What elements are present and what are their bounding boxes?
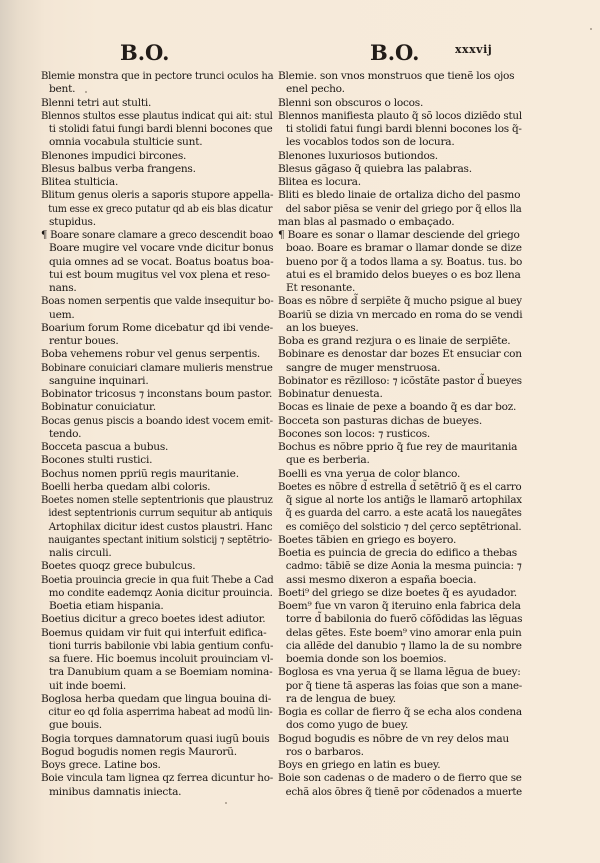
text-line: assi mesmo dixeron a españa boecia. [278,574,522,587]
text-line: Boarium forum Rome dicebatur qd ibi vend… [41,322,272,335]
text-line: Bochus es nõbre pprio q̃ fue rey de maur… [278,441,522,454]
text-line: mo condite eademqz Aonia dicitur prouinc… [41,587,266,600]
text-line: Blenones impudici bircones. [41,150,273,163]
text-line: omnia vocabula stulticie sunt. [41,136,273,149]
text-line: Boys grece. Latine bos. [41,759,273,772]
text-line: ra de lengua de buey. [278,693,522,706]
text-line: echã alos õbres q̃ tienẽ por cõdenados a… [278,786,512,799]
text-line: Artophilax dicitur idest custos plaustri… [41,521,266,534]
text-line: Bocones stulti rustici. [41,454,273,467]
text-line: bueno por q̃ a todos llama a sy. Boatus.… [278,256,520,269]
text-line: Boetes tãbien en griego es boyero. [278,534,522,547]
text-line: Blenni son obscuros o locos. [278,97,522,110]
text-line: Boetes nomen stelle septentrionis que pl… [41,494,258,507]
text-line: uem. [41,309,273,322]
text-line: tum esse ex greco putatur qd ab eis blas… [41,203,250,216]
ink-speck [225,802,227,804]
text-line: sanguine inquinari. [41,375,273,388]
text-line: nalis circuli. [41,547,273,560]
text-line: rentur boues. [41,335,273,348]
text-line: delas gẽtes. Este boem⁹ vino amorar enla… [278,627,519,640]
text-line: Bocones son locos: ⁊ rusticos. [278,428,522,441]
text-line: nans. [41,282,273,295]
text-line: ti stolidi fatui fungi bardi blenni boco… [41,123,266,136]
text-line: Bogud bogudis es nõbre de vn rey delos m… [278,733,522,746]
ink-speck [85,91,87,93]
text-line: atui es el bramido delos bueyes o es boz… [278,269,522,282]
text-line: Bocceta son pasturas dichas de bueyes. [278,415,522,428]
text-line: q̃ sigue al norte los antig̃s le llamarõ… [278,494,516,507]
text-line: bent. [41,83,273,96]
text-line: ros o barbaros. [278,746,522,759]
text-line: les vocablos todos son de locura. [278,136,522,149]
text-line: Boie son cadenas o de madero o de fierro… [278,772,516,785]
text-line: Boglosa es vna yerua q̃ se llama lẽgua d… [278,666,522,679]
text-line: nauigantes spectant initium solsticij ⁊ … [41,534,252,547]
text-line: Boglosa herba quedam que lingua bouina d… [41,693,273,706]
text-line: Boie vincula tam lignea qz ferrea dicunt… [41,772,269,785]
text-line: Blemie monstra que in pectore trunci ocu… [41,70,262,83]
text-line: Bocceta pascua a bubus. [41,441,273,454]
text-line: Boem⁹ fue vn varon q̃ iteruino enla fabr… [278,600,522,613]
text-line: Boba vehemens robur vel genus serpentis. [41,348,273,361]
text-line: Boetes es nõbre d̃ estrella d̃ setẽtriõ … [278,481,513,494]
text-line: enel pecho. [278,83,522,96]
text-line: que es berberia. [278,454,522,467]
ink-speck [590,28,592,30]
text-line: Bogud bogudis nomen regis Maurorũ. [41,746,273,759]
text-line: gue bouis. [41,719,273,732]
text-line: cia allẽde del danubio ⁊ llamo la de su … [278,640,520,653]
text-line: Boetia etiam hispania. [41,600,273,613]
text-line: dos como yugo de buey. [278,719,522,732]
text-line: Blitea es locura. [278,176,522,189]
text-line: Boare mugire vel vocare vnde dicitur bon… [41,242,272,255]
text-line: Boemus quidam vir fuit qui interfuit edi… [41,627,273,640]
text-line: Boelli herba quedam albi coloris. [41,481,273,494]
text-line: Blemie. son vnos monstruos que tienẽ los… [278,70,522,83]
text-line: citur eo qd folia asperrima habeat ad mo… [41,706,256,719]
text-line: quia omnes ad se vocat. Boatus boatus bo… [41,256,273,269]
text-line: Bogia es collar de fierro q̃ se echa alo… [278,706,521,719]
text-line: del sabor piẽsa se venir del griego por … [278,203,509,216]
text-line: stupidus. [41,216,273,229]
text-line: Boelli es vna yerua de color blanco. [278,468,522,481]
scanned-book-page: B.O. B.O. xxxvij Blemie monstra que in p… [0,0,600,863]
text-line: torre d̃ babilonia do fuerõ cõfõdidas la… [278,613,520,626]
text-line: Blenni tetri aut stulti. [41,97,273,110]
text-line: Bogia torques damnatorum quasi iugũ boui… [41,733,273,746]
text-line: Bocas genus piscis a boando idest vocem … [41,415,264,428]
text-line: sa fuere. Hic boemus incoluit prouinciam… [41,653,270,666]
latin-column: Blemie monstra que in pectore trunci ocu… [41,70,273,799]
text-line: Boas es nõbre d̃ serpiẽte q̃ mucho psigu… [278,295,514,308]
text-line: Bobinator tricosus ⁊ inconstans boum pas… [41,388,273,401]
text-line: Bochus nomen ppriũ regis mauritanie. [41,468,273,481]
text-line: Boys en griego en latin es buey. [278,759,522,772]
text-line: Boba es grand rezjura o es linaie de ser… [278,335,522,348]
text-line: q̃ es guarda del carro. a este acatã los… [278,507,507,520]
text-line: Boetia prouincia grecie in qua fuit Theb… [41,574,263,587]
text-line: Blesus balbus verba frangens. [41,163,273,176]
text-line: minibus damnatis iniecta. [41,786,273,799]
text-line: ¶ Boare sonare clamare a greco descendit… [41,229,261,242]
text-line: por q̃ tiene tã asperas las foias que so… [278,680,514,693]
text-line: an los bueyes. [278,322,522,335]
text-line: Bobinatur denuesta. [278,388,522,401]
text-line: Bobinare conuiciari clamare mulieris men… [41,362,263,375]
text-line: tra Danubium quam a se Boemiam nomina- [41,666,273,679]
text-line: boemia donde son los boemios. [278,653,522,666]
text-line: Boas nomen serpentis que valde insequitu… [41,295,264,308]
text-line: Boeti⁹ del griego se dize boetes q̃ es a… [278,587,522,600]
text-line: Blennos stultos esse plautus indicat qui… [41,110,261,123]
text-line: tioni turris babilonie vbi labia gentium… [41,640,265,653]
left-running-head: B.O. [120,40,169,65]
text-line: Boetius dicitur a greco boetes idest adi… [41,613,273,626]
text-line: Blenones luxuriosos butiondos. [278,150,522,163]
text-line: tendo. [41,428,273,441]
text-line: Bobinator es rẽzilloso: ⁊ icõstãte pasto… [278,375,515,388]
text-line: Boetes quoqz grece bubulcus. [41,560,273,573]
text-line: Bobinare es denostar dar bozes Et ensuci… [278,348,520,361]
text-line: Blitum genus oleris a saporis stupore ap… [41,189,270,202]
text-line: man blas al pasmado o embaçado. [278,216,522,229]
text-line: ¶ Boare es sonar o llamar desciende del … [278,229,522,242]
text-line: Bliti es bledo linaie de ortaliza dicho … [278,189,522,202]
text-line: sangre de muger menstruosa. [278,362,522,375]
folio-number: xxxvij [455,43,492,56]
text-line: cadmo: tãbiẽ se dize Aonia la mesma puin… [278,560,516,573]
right-running-head: B.O. [370,40,419,65]
text-line: uit inde boemi. [41,680,273,693]
text-line: Boariũ se dizia vn mercado en roma do se… [278,309,520,322]
text-line: Blesus gãgaso q̃ quiebra las palabras. [278,163,522,176]
spanish-column: Blemie. son vnos monstruos que tienẽ los… [278,70,522,799]
text-line: Bobinatur conuiciatur. [41,401,273,414]
text-line: Blennos manifiesta plauto q̃ sõ locos di… [278,110,517,123]
text-line: ti stolidi fatui fungi bardi blenni boco… [278,123,519,136]
text-line: Et resonante. [278,282,522,295]
text-line: Boetia es puincia de grecia do edifico a… [278,547,522,560]
text-line: Blitea stulticia. [41,176,273,189]
text-line: Bocas es linaie de pexe a boando q̃ es d… [278,401,522,414]
text-line: idest septentrionis currum sequitur ab a… [41,507,255,520]
text-line: tui est boum mugitus vel vox plena et re… [41,269,273,282]
text-line: boao. Boare es bramar o llamar donde se … [278,242,522,255]
text-line: es comiẽço del solsticio ⁊ del çerco sep… [278,521,511,534]
